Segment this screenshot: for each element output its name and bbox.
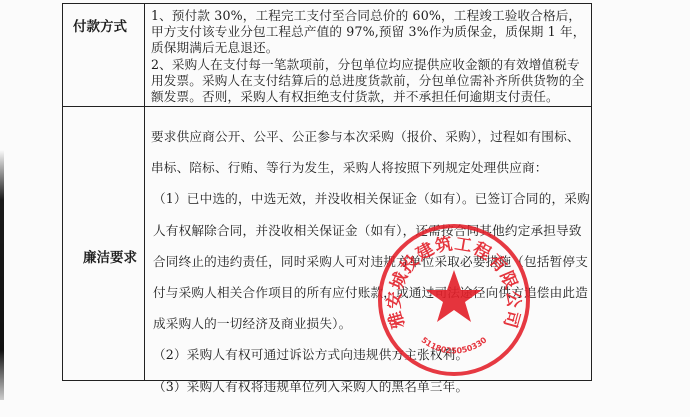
- payment-method-content-cell: 1、预付款 30%，工程完工支付至合同总价的 60%，工程竣工验收合格后，甲方支…: [145, 4, 591, 106]
- scan-shadow-edge: [0, 150, 4, 400]
- terms-table: 付款方式 1、预付款 30%，工程完工支付至合同总价的 60%，工程竣工验收合格…: [62, 3, 592, 381]
- integrity-item-1: （1）已中选的，中选无效，并没收相关保证金（如有）。已签订合同的，采购人有权解除…: [151, 183, 591, 339]
- payment-term-1: 1、预付款 30%，工程完工支付至合同总价的 60%，工程竣工验收合格后，甲方支…: [151, 8, 589, 57]
- table-row-integrity-requirements: 廉洁要求 要求供应商公开、公平、公正参与本次采购（报价、采购），过程如有围标、串…: [63, 107, 591, 380]
- payment-term-2: 2、采购人在支付每一笔款项前，分包单位均应提供应收金额的有效增值税专用发票。采购…: [151, 57, 589, 106]
- table-row-payment-method: 付款方式 1、预付款 30%，工程完工支付至合同总价的 60%，工程竣工验收合格…: [63, 4, 591, 107]
- integrity-intro: 要求供应商公开、公平、公正参与本次采购（报价、采购），过程如有围标、串标、陪标、…: [151, 121, 591, 183]
- integrity-item-2: （2）采购人有权可通过诉讼方式向违规供方主张权利。: [151, 339, 591, 370]
- payment-method-label: 付款方式: [73, 15, 127, 35]
- integrity-content-cell: 要求供应商公开、公平、公正参与本次采购（报价、采购），过程如有围标、串标、陪标、…: [145, 107, 591, 380]
- integrity-label: 廉洁要求: [83, 246, 137, 266]
- payment-method-label-cell: 付款方式: [63, 4, 145, 106]
- integrity-item-3: （3）采购人有权将违规单位列入采购人的黑名单三年。: [151, 371, 591, 402]
- integrity-label-cell: 廉洁要求: [63, 107, 145, 380]
